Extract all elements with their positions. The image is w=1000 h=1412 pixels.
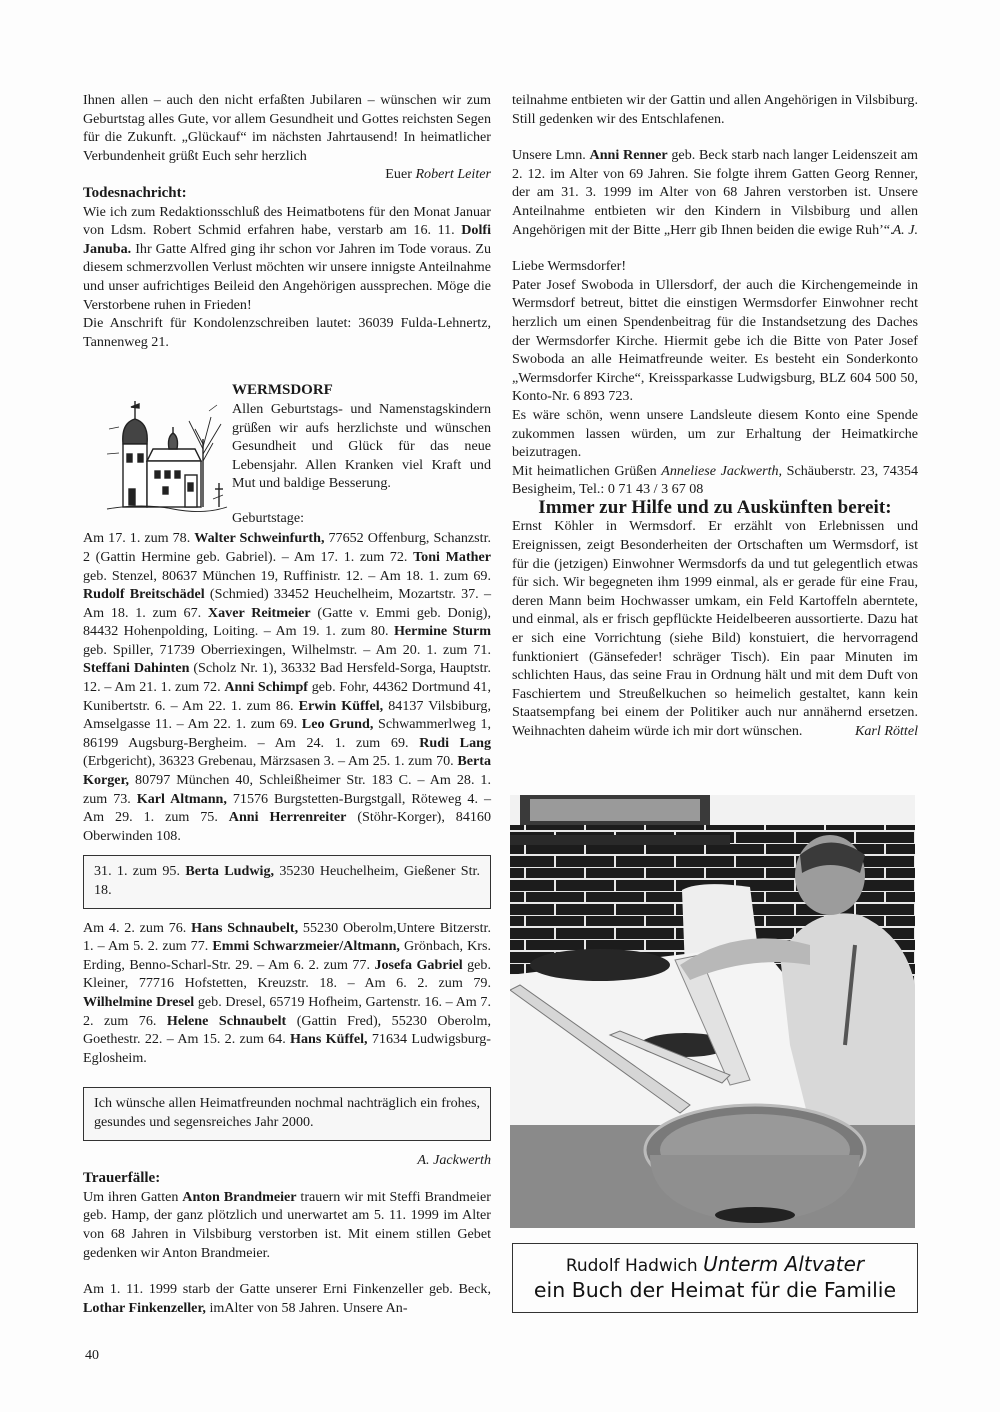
signature-name: Robert Leiter — [415, 166, 491, 182]
book-author: Rudolf Hadwich — [566, 1256, 698, 1276]
birthday-list-january: Am 17. 1. zum 78. Walter Schweinfurth, 7… — [83, 529, 491, 845]
trauerfall-finkenzeller: Am 1. 11. 1999 starb der Gatte unserer E… — [83, 1280, 491, 1317]
entry-date: Am 22. 1. zum 86. — [182, 698, 299, 714]
birthday-list-february: Am 4. 2. zum 76. Hans Schnaubelt, 55230 … — [83, 919, 491, 1068]
condolence-address: Die Anschrift für Kondolenzschreiben lau… — [83, 314, 491, 351]
entry-name: Erwin Küffel, — [299, 698, 384, 714]
entry-name: Helene Schnaubelt — [167, 1013, 286, 1029]
entry-name: Hans Schnaubelt, — [191, 920, 298, 936]
appeal-closing: Mit heimatlichen Grüßen Anneliese Jackwe… — [512, 462, 918, 499]
wermsdorf-text: WERMSDORF Allen Geburtstags- und Namenst… — [232, 381, 491, 493]
entry-name: Rudi Lang — [419, 735, 491, 751]
wish-signature: A. Jackwerth — [83, 1151, 491, 1170]
author-name: Anneliese Jackwerth, — [661, 463, 782, 479]
deceased-name: Anton Brandmeier — [182, 1189, 296, 1205]
wish-text: Ich wünsche allen Heimatfreunden nochmal… — [94, 1095, 480, 1130]
entry-name: Anni Schimpf — [224, 679, 308, 695]
wermsdorf-greeting: Allen Geburtstags- und Namenstagskindern… — [232, 400, 491, 493]
book-ad-line-1: Rudolf Hadwich Unterm Altvater — [513, 1252, 917, 1276]
appeal-salutation: Liebe Wermsdorfer! — [512, 257, 918, 276]
entry-date: Am 5. 2. zum 77. — [108, 938, 212, 954]
entry-name: Leo Grund, — [302, 716, 374, 732]
todesnachricht-text: Wie ich zum Redaktionsschluß des Heimatb… — [83, 203, 491, 315]
birthdays-label: Geburtstage: — [232, 509, 304, 528]
entry-name: Hermine Sturm — [394, 623, 491, 639]
text: Mit heimatlichen Grüßen — [512, 463, 661, 479]
wermsdorf-section: WERMSDORF Allen Geburtstags- und Namenst… — [83, 381, 491, 529]
entry-name: Josefa Gabriel — [374, 957, 462, 973]
entry-address: 80797 München 40, Schleißheimer Str. 183… — [129, 772, 430, 788]
entry-date: Am 6. 2. zum 77. — [268, 957, 374, 973]
right-column: teilnahme entbieten wir der Gattin und a… — [512, 91, 918, 741]
entry-name: Steffani Dahinten — [83, 660, 189, 676]
entry-date: Am 6. 2. zum 79. — [364, 975, 491, 991]
church-illustration-icon — [103, 399, 229, 517]
entry-name: Wilhelmine Dresel — [83, 994, 194, 1010]
entry-date: Am 4. 2. zum 76. — [83, 920, 191, 936]
left-column: Ihnen allen – auch den nicht erfaßten Ju… — [83, 91, 491, 1317]
entry-address: (Schmied) 33452 Heuchelheim, Mozartstr. … — [205, 586, 491, 602]
entry-address: geb. Stenzel, 80637 München 19, Ruffinis… — [83, 568, 380, 584]
article-author: Karl Röttel — [855, 722, 918, 741]
entry-date: Am 17. 1. zum 72. — [294, 549, 413, 565]
entry-name: Karl Altmann, — [137, 791, 227, 807]
entry-date: Am 19. 1. zum 80. — [276, 623, 394, 639]
trauerfaelle-heading: Trauerfälle: — [83, 1169, 491, 1188]
entry-name: Walter Schweinfurth, — [194, 530, 324, 546]
entry-date: 31. 1. zum 95. — [94, 863, 185, 879]
deceased-name: Anni Renner — [590, 147, 668, 163]
text: Ernst Köhler in Wermsdorf. Er erzählt vo… — [512, 518, 918, 739]
highlight-birthday-box: 31. 1. zum 95. Berta Ludwig, 35230 Heuch… — [83, 855, 491, 908]
entry-name: Rudolf Breitschädel — [83, 586, 205, 602]
todesnachricht-heading: Todesnachricht: — [83, 184, 491, 203]
entry-name: Anni Herrenreiter — [229, 809, 347, 825]
entry-date: Am 22. 1. zum 69. — [188, 716, 302, 732]
entry-name: Toni Mather — [413, 549, 491, 565]
intro-signature: Euer Robert Leiter — [83, 165, 491, 184]
entry-address: geb. Dresel, 65719 Hofheim, Gartenstr. 1… — [194, 994, 455, 1010]
entry-date: Am 29. 1. zum 75. — [83, 809, 229, 825]
entry-date: Am 21. 1. zum 72. — [114, 679, 224, 695]
text: Unsere Lmn. — [512, 147, 590, 163]
renner-obituary: Unsere Lmn. Anni Renner geb. Beck starb … — [512, 146, 918, 239]
text: Wie ich zum Redaktionsschluß des Heimatb… — [83, 204, 491, 239]
book-tagline: ein Buch der Heimat für die Familie — [513, 1278, 917, 1302]
photo-image — [510, 795, 915, 1228]
page-number: 40 — [85, 1348, 99, 1364]
entry-address: 71576 Burgstetten-Burgstgall, Röteweg 4.… — [227, 791, 491, 807]
wish-box: Ich wünsche allen Heimatfreunden nochmal… — [83, 1087, 491, 1140]
continuation-paragraph: teilnahme entbieten wir der Gattin und a… — [512, 91, 918, 128]
entry-date: Am 18. 1. zum 69. — [380, 568, 491, 584]
entry-name: Hans Küffel, — [290, 1031, 368, 1047]
deceased-name: Lothar Finkenzeller, — [83, 1300, 206, 1316]
book-title: Unterm Altvater — [703, 1252, 864, 1276]
entry-date: Am 20. 1. zum 71. — [376, 642, 491, 658]
entry-name: Berta Ludwig, — [185, 863, 274, 879]
text: Um ihren Gatten — [83, 1189, 182, 1205]
appeal-paragraph-2: Es wäre schön, wenn unsere Landsleute di… — [512, 406, 918, 462]
entry-name: Emmi Schwarzmeier/Altmann, — [212, 938, 400, 954]
entry-date: Am 24. 1. zum 69. — [275, 735, 420, 751]
entry-address: geb. Spiller, 71739 Oberriexingen, Wilhe… — [83, 642, 376, 658]
text: imAlter von 58 Jahren. Unsere An- — [206, 1300, 408, 1316]
text: Ihr Gatte Alfred ging ihr schon vor Jahr… — [83, 241, 491, 313]
photo-man-sorting-berries — [510, 795, 915, 1228]
article-headline: Immer zur Hilfe und zu Auskünften bereit… — [512, 499, 918, 518]
appeal-paragraph-1: Pater Josef Swoboda in Ullersdorf, der a… — [512, 276, 918, 406]
entry-address: (Erbgericht), 36323 Grebenau, Märzsasen … — [83, 753, 348, 769]
intro-paragraph: Ihnen allen – auch den nicht erfaßten Ju… — [83, 91, 491, 165]
entry-date: Am 17. 1. zum 78. — [83, 530, 194, 546]
entry-date: Am 25. 1. zum 70. — [348, 753, 457, 769]
book-advertisement-box: Rudolf Hadwich Unterm Altvater ein Buch … — [512, 1243, 918, 1313]
article-body: Ernst Köhler in Wermsdorf. Er erzählt vo… — [512, 517, 918, 740]
entry-date: Am 18. 1. zum 67. — [83, 605, 208, 621]
text: Am 1. 11. 1999 starb der Gatte unserer E… — [83, 1281, 491, 1297]
trauerfall-brandmeier: Um ihren Gatten Anton Brandmeier trauern… — [83, 1188, 491, 1262]
entry-date: Am 15. 2. zum 64. — [177, 1031, 290, 1047]
signature-prefix: Euer — [385, 166, 412, 182]
entry-name: Xaver Reitmeier — [208, 605, 311, 621]
wermsdorf-heading: WERMSDORF — [232, 381, 491, 400]
